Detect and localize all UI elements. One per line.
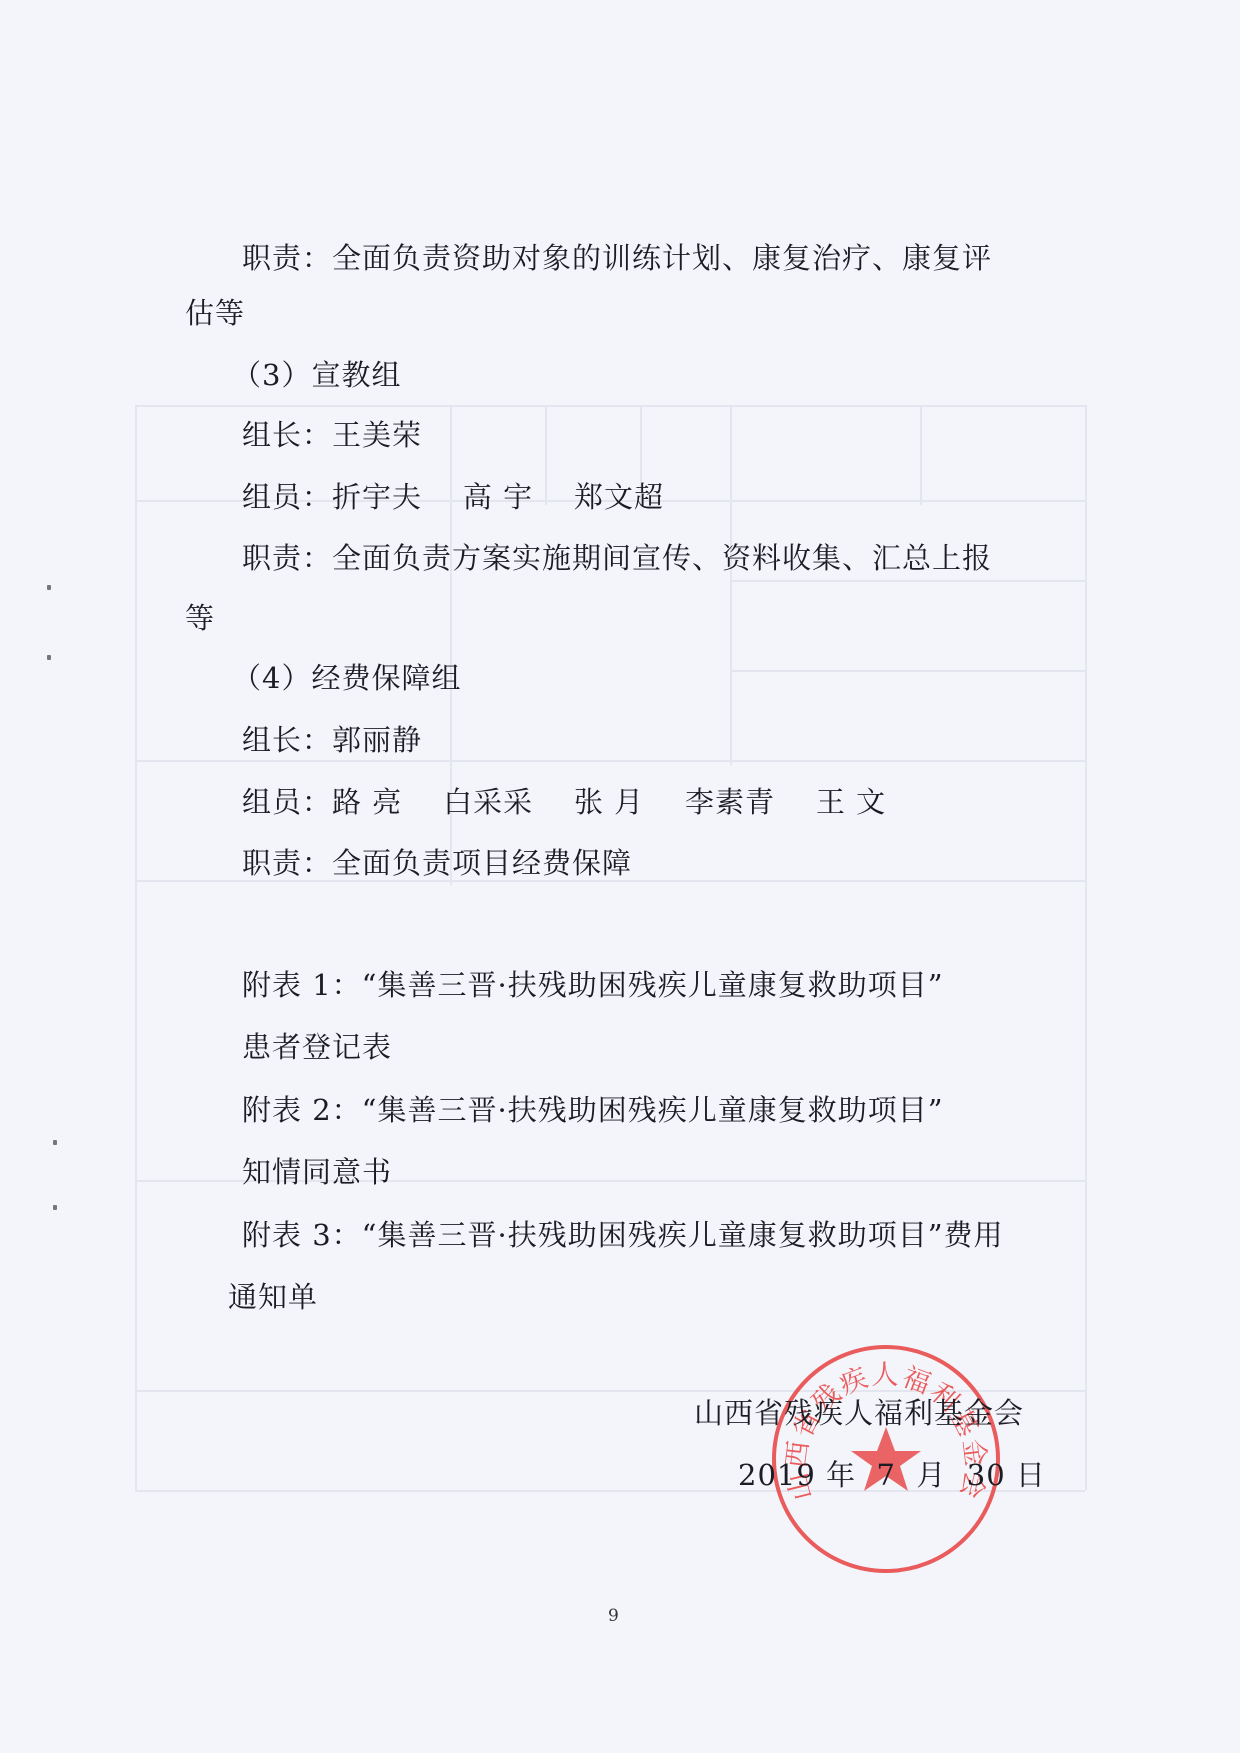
group-leader-line: 组长：王美荣 [242,415,422,455]
attachment-2-subtitle: 知情同意书 [242,1152,392,1192]
group-leader-line: 组长：郭丽静 [242,720,422,760]
page-number: 9 [608,1606,619,1626]
attachment-3-subtitle: 通知单 [228,1277,318,1317]
margin-speck [47,655,51,660]
margin-speck [53,1205,57,1210]
duty-text-line: 职责：全面负责资助对象的训练计划、康复治疗、康复评 [242,238,992,278]
attachment-1-subtitle: 患者登记表 [242,1027,392,1067]
document-page: 职责：全面负责资助对象的训练计划、康复治疗、康复评 估等 （3）宣教组 组长：王… [0,0,1240,1753]
attachment-1-title: 附表 1：“集善三晋·扶残助困残疾儿童康复救助项目” [242,965,944,1005]
group-members-line: 组员：路 亮 白采采 张 月 李素青 王 文 [242,782,886,822]
section-heading-funding-group: （4）经费保障组 [232,658,461,698]
attachment-2-title: 附表 2：“集善三晋·扶残助困残疾儿童康复救助项目” [242,1090,944,1130]
duty-text-line: 估等 [185,293,245,333]
signing-date: 2019 年 7 月 30 日 [738,1455,1046,1495]
signing-organization: 山西省残疾人福利基金会 [694,1393,1024,1433]
margin-speck [53,1140,57,1145]
margin-speck [47,585,51,590]
section-heading-publicity-group: （3）宣教组 [232,355,401,395]
duty-text-line: 职责：全面负责项目经费保障 [242,843,632,883]
attachment-3-title: 附表 3：“集善三晋·扶残助困残疾儿童康复救助项目”费用 [242,1215,1004,1255]
group-members-line: 组员：折宇夫 高 宇 郑文超 [242,477,664,517]
duty-text-line: 职责：全面负责方案实施期间宣传、资料收集、汇总上报 [242,538,992,578]
duty-text-line: 等 [185,598,215,638]
